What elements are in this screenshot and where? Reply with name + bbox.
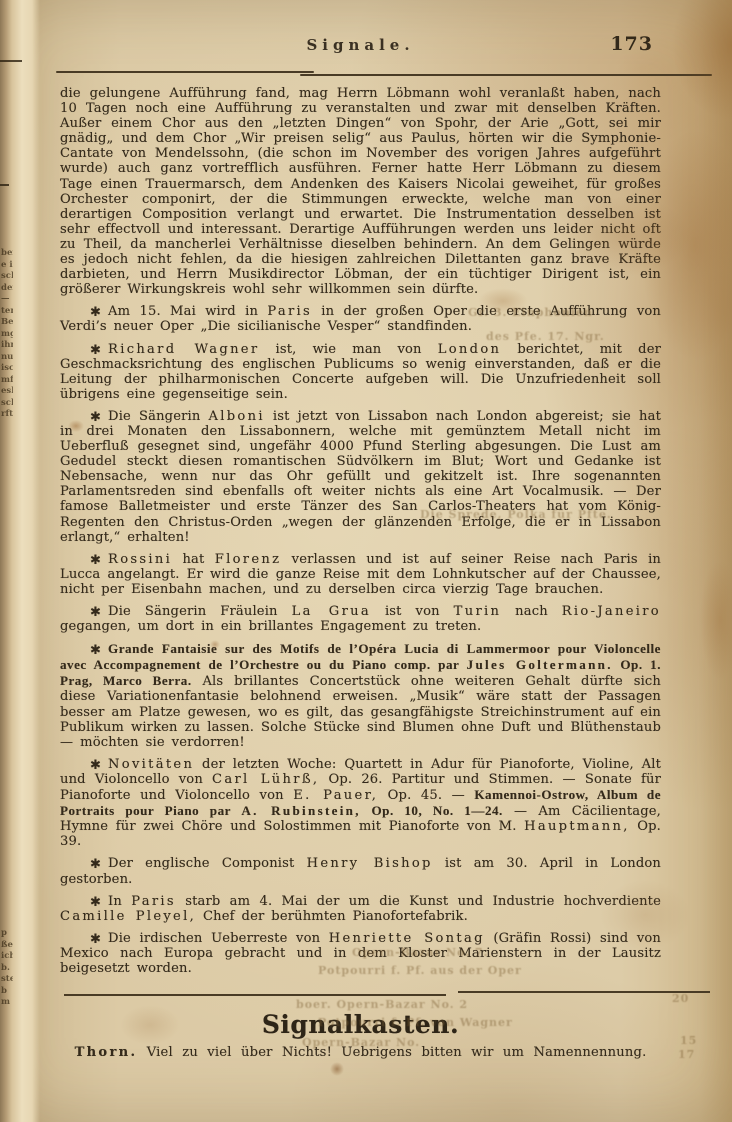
stain [330, 1062, 344, 1076]
asterisk-icon: ✱ [90, 932, 101, 947]
divider-rule-left [64, 994, 446, 996]
gutter-rule-fragment [0, 60, 22, 62]
asterisk-icon: ✱ [90, 758, 101, 773]
article-paragraph: ✱Richard Wagner ist, wie man von London … [60, 342, 661, 402]
article-paragraph: ✱Die irdischen Ueberreste von Henriette … [60, 931, 661, 976]
text-segment: Henry Bishop [307, 856, 433, 871]
masthead: Signale. 173 [60, 36, 661, 62]
asterisk-icon: ✱ [90, 410, 101, 425]
stain [700, 560, 732, 680]
text-segment: ist, wie man von [259, 342, 437, 357]
asterisk-icon: ✱ [90, 605, 101, 620]
article-paragraph: ✱Novitäten der letzten Woche: Quartett i… [60, 757, 661, 850]
text-segment: Am 15. Mai wird in [108, 304, 267, 319]
text-segment: ist von [371, 604, 454, 619]
text-segment: Rio-Janeiro [562, 604, 661, 619]
text-segment: die gelungene Aufführung fand, mag Herrn… [60, 86, 661, 297]
text-segment: Henriette Sontag [329, 931, 485, 946]
article-paragraph: ✱In Paris starb am 4. Mai der um die Kun… [60, 894, 661, 924]
asterisk-icon: ✱ [90, 643, 101, 658]
asterisk-icon: ✱ [90, 305, 101, 320]
text-segment: Carl Lührß, [212, 772, 319, 787]
text-segment: hat [172, 552, 215, 567]
text-segment: Florenz [215, 552, 282, 567]
text-segment: Novitäten [108, 757, 194, 772]
section-note: Thorn. Viel zu viel über Nichts! Uebrige… [60, 1045, 661, 1060]
text-segment: gegangen, um dort in ein brillantes Enga… [60, 619, 481, 634]
text-segment: ist jetzt von Lissabon nach London abger… [60, 409, 661, 545]
text-segment: Chef der berühmten Pianofortefabrik. [196, 909, 468, 924]
asterisk-icon: ✱ [90, 343, 101, 358]
article-paragraph: ✱Die Sängerin Fräulein La Grua ist von T… [60, 604, 661, 634]
section-divider [60, 986, 661, 1002]
text-segment: London [438, 342, 502, 357]
text-segment: Alboni [209, 409, 265, 424]
bleedthrough-text: 20 [672, 992, 689, 1005]
gutter-rule-fragment [0, 184, 9, 186]
articles: die gelungene Aufführung fand, mag Herrn… [60, 86, 661, 976]
article-paragraph: ✱Grande Fantaisie sur des Motifs de l’Op… [60, 641, 661, 750]
text-segment: Jules Goltermann. [467, 657, 613, 672]
asterisk-icon: ✱ [90, 857, 101, 872]
text-segment: Op. 45. — [378, 788, 474, 803]
text-segment: La Grua [292, 604, 371, 619]
article-paragraph: ✱Die Sängerin Alboni ist jetzt von Lissa… [60, 409, 661, 545]
article-paragraph: ✱Rossini hat Florenz verlassen und ist a… [60, 552, 661, 597]
masthead-rule-left [56, 71, 314, 73]
masthead-rule-right [300, 74, 712, 76]
text-segment: Turin [454, 604, 502, 619]
bleedthrough-text: 15 [680, 1034, 697, 1047]
text-segment: Hauptmann, [524, 819, 630, 834]
text-segment: Thorn. [75, 1045, 138, 1060]
text-segment: Paris [267, 304, 312, 319]
bleedthrough-text: 17 [678, 1048, 695, 1061]
article-paragraph: die gelungene Aufführung fand, mag Herrn… [60, 86, 661, 297]
text-segment: nach [501, 604, 562, 619]
text-segment: Viel zu viel über Nichts! Uebrigens bitt… [137, 1045, 646, 1060]
article-paragraph: ✱Der englische Componist Henry Bishop is… [60, 856, 661, 886]
text-segment: Die Sängerin [108, 409, 208, 424]
stain [672, 0, 732, 120]
section-heading: Signalkasten. [60, 1010, 661, 1039]
text-segment: starb am 4. Mai der um die Kunst und Ind… [176, 894, 661, 909]
text-column: die gelungene Aufführung fand, mag Herrn… [60, 86, 661, 1060]
scanned-journal-page: bere inschenden—tenBepmgihrnunischmf,esk… [0, 0, 732, 1122]
text-segment: A. Rubinstein, [241, 803, 360, 818]
divider-rule-right [458, 991, 710, 993]
text-segment: Richard Wagner [108, 342, 259, 357]
text-segment: Die irdischen Ueberreste von [108, 931, 329, 946]
text-segment: Der englische Componist [108, 856, 307, 871]
text-segment: Camille Pleyel, [60, 909, 196, 924]
asterisk-icon: ✱ [90, 895, 101, 910]
text-segment: In [108, 894, 131, 909]
text-segment: E. Pauer, [293, 788, 378, 803]
text-segment: Die Sängerin Fräulein [108, 604, 292, 619]
page-gutter: bere inschenden—tenBepmgihrnunischmf,esk… [0, 0, 40, 1122]
page-number: 173 [610, 33, 653, 55]
text-segment: Paris [131, 894, 176, 909]
text-segment: Rossini [108, 552, 172, 567]
facing-page-text-fragments: pßeichb.stebm [1, 928, 13, 1009]
article-paragraph: ✱Am 15. Mai wird in Paris in der großen … [60, 304, 661, 334]
text-segment: Op. 10, No. 1—24. [361, 803, 503, 818]
journal-title: Signale. [60, 36, 661, 54]
facing-page-text-fragments: bere inschenden—tenBepmgihrnunischmf,esk… [1, 248, 13, 421]
asterisk-icon: ✱ [90, 553, 101, 568]
